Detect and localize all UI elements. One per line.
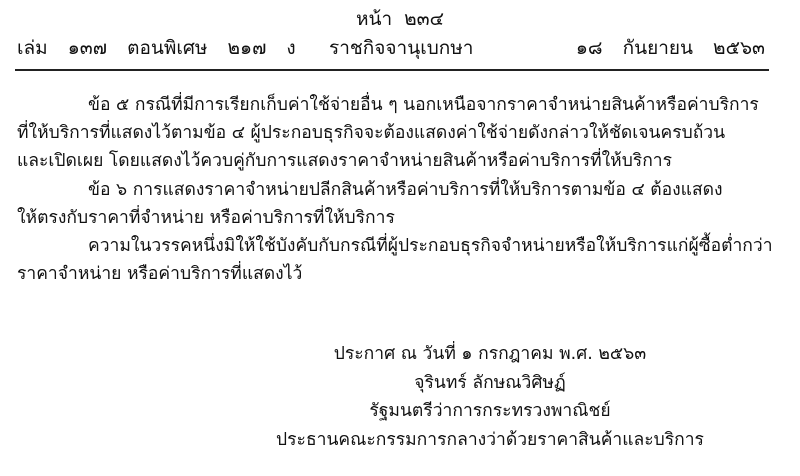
- clause-5-line-1: ข้อ ๕ กรณีที่มีการเรียกเก็บค่าใช้จ่ายอื่…: [17, 91, 777, 119]
- volume-info: เล่ม ๑๓๗ ตอนพิเศษ ๒๑๗ ง: [17, 34, 310, 62]
- page-number: หน้า ๒๓๔: [0, 6, 800, 32]
- signer-role: ประธานคณะกรรมการกลางว่าด้วยราคาสินค้าและ…: [250, 426, 730, 455]
- volume-label: เล่ม: [17, 37, 48, 59]
- clause-5-line-3: และเปิดเผย โดยแสดงไว้ควบคู่กับการแสดงราค…: [17, 147, 777, 175]
- gazette-header: เล่ม ๑๓๗ ตอนพิเศษ ๒๑๗ ง ราชกิจจานุเบกษา …: [17, 34, 769, 62]
- clause-6-line-2: ให้ตรงกับราคาที่จำหน่าย หรือค่าบริการที่…: [17, 204, 777, 232]
- signature-block: ประกาศ ณ วันที่ ๑ กรกฎาคม พ.ศ. ๒๕๖๓ จุริ…: [250, 340, 730, 454]
- volume-number: ๑๓๗: [68, 37, 107, 59]
- clause-6-paragraph-2-line-1: ความในวรรคหนึ่งมิให้ใช้บังคับกับกรณีที่ผ…: [17, 232, 777, 260]
- document-body: ข้อ ๕ กรณีที่มีการเรียกเก็บค่าใช้จ่ายอื่…: [17, 91, 777, 288]
- header-divider: [15, 69, 769, 71]
- date-year: ๒๕๖๓: [713, 37, 765, 59]
- signer-position: รัฐมนตรีว่าการกระทรวงพาณิชย์: [250, 397, 730, 426]
- clause-6-line-1: ข้อ ๖ การแสดงราคาจำหน่ายปลีกสินค้าหรือค่…: [17, 176, 777, 204]
- section-label: ตอนพิเศษ: [127, 37, 207, 59]
- signer-name: จุรินทร์ ลักษณวิศิษฏ์: [250, 369, 730, 398]
- clause-6-paragraph-2-line-2: ราคาจำหน่าย หรือค่าบริการที่แสดงไว้: [17, 260, 777, 288]
- date-month: กันยายน: [623, 37, 693, 59]
- publication-name: ราชกิจจานุเบกษา: [329, 34, 473, 62]
- announcement-date: ประกาศ ณ วันที่ ๑ กรกฎาคม พ.ศ. ๒๕๖๓: [250, 340, 730, 369]
- publication-date: ๑๘ กันยายน ๒๕๖๓: [562, 34, 765, 62]
- date-day: ๑๘: [576, 37, 603, 59]
- section-letter: ง: [286, 37, 295, 59]
- clause-5-line-2: ที่ให้บริการที่แสดงไว้ตามข้อ ๔ ผู้ประกอบ…: [17, 119, 777, 147]
- section-number: ๒๑๗: [228, 37, 267, 59]
